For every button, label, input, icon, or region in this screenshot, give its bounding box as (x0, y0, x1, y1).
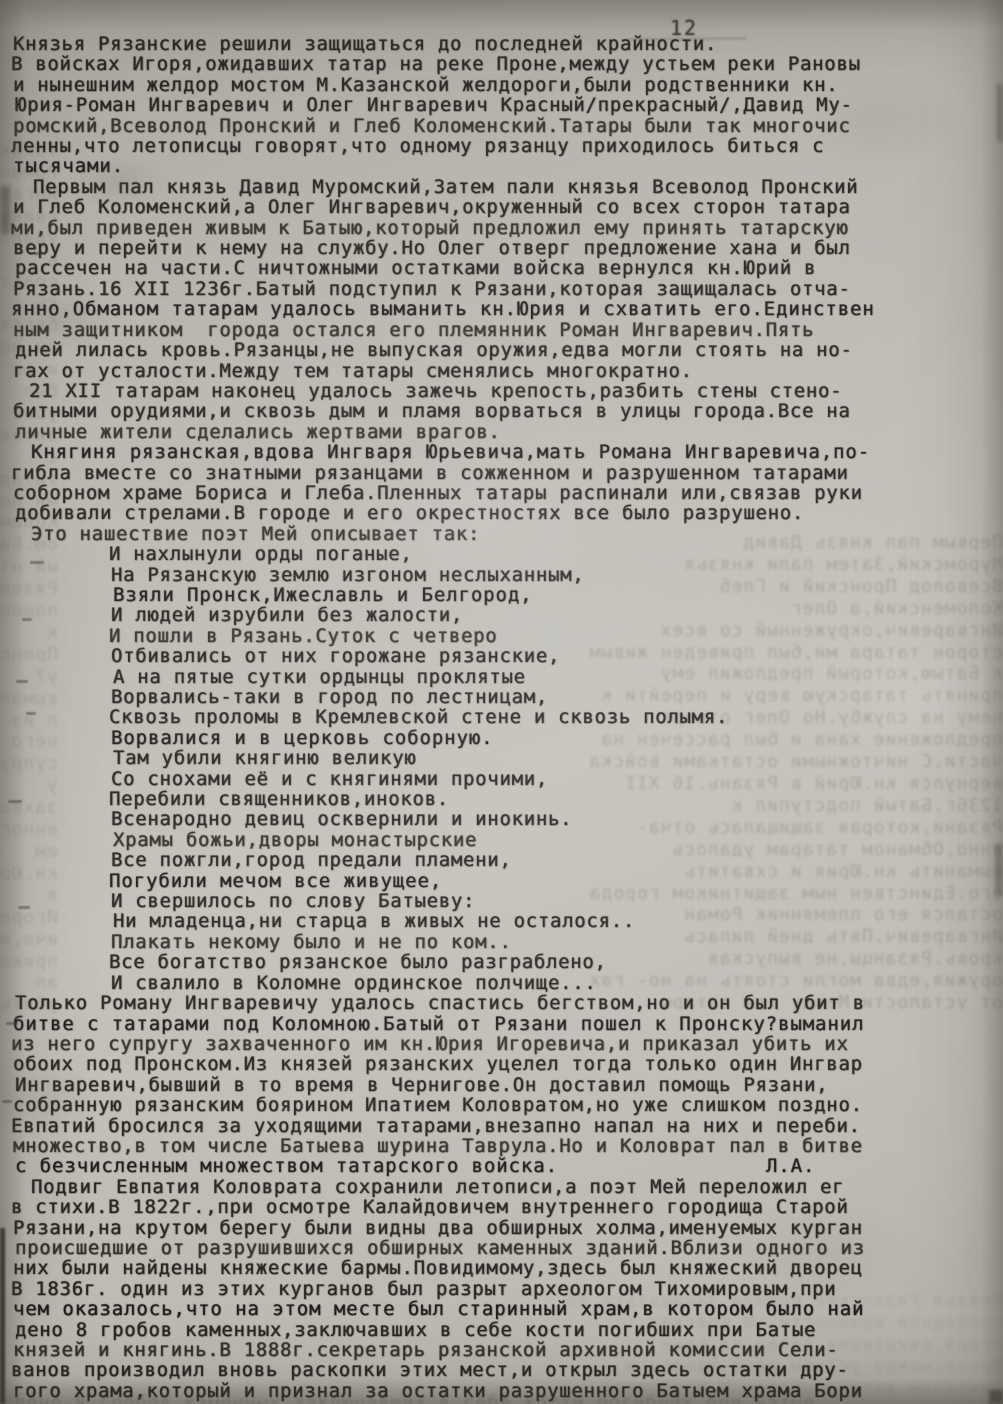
text-line: ленны,что летописцы говорят,что одному р… (11, 136, 961, 156)
text-line: них были найдены княжеские бармы.Повидим… (13, 1258, 963, 1278)
text-line: янно,Обманом татарам удалось выманить кн… (11, 299, 961, 319)
text-line: тысячами. (13, 156, 963, 176)
text-line: гах от усталости.Между тем татары сменял… (13, 361, 963, 381)
poem-line: И свалило в Коломне ординское полчище... (111, 973, 963, 993)
text-line: веру и перейти к нему на службу.Но Олег … (13, 238, 963, 258)
text-line: Рязани,на крутом берегу были видны два о… (13, 1218, 963, 1238)
text-line: Только Роману Ингваревичу удалось спасти… (15, 993, 965, 1013)
poem-line: На Рязанскую землю изгоном неслыханным, (111, 565, 963, 585)
text-line: соборном храме Бориса и Глеба.Пленных та… (13, 483, 963, 503)
poem-line: А на пятые сутки ордынцы проклятые (113, 667, 965, 687)
poem-line: Ворвалися и в церковь соборную. (111, 728, 963, 748)
text-line: дней лилась кровь.Рязанцы,не выпуская ор… (15, 340, 965, 360)
margin-dash (26, 712, 36, 715)
text-line: Евпатий бросился за уходящими татарами,в… (11, 1116, 961, 1136)
poem-line: И свершилось по слову Батыеву: (111, 891, 963, 911)
poem-line: Со снохами её и с княгинями прочими, (111, 769, 963, 789)
text-line: с безчисленным множеством татарского вой… (15, 1156, 965, 1176)
margin-dash (6, 1022, 18, 1025)
text-line: происшедшие от разрушившихся обширных ка… (15, 1238, 965, 1258)
text-line: добивали стрелами.В городе и его окрестн… (15, 503, 965, 523)
margin-dash (30, 561, 44, 564)
text-line: рассечен на части.С ничтожными остатками… (15, 258, 965, 278)
text-line: чем оказалось,что на этом месте был стар… (13, 1299, 963, 1319)
scan-edge-mark (989, 1390, 1003, 1404)
margin-dash (22, 618, 32, 621)
poem-line: Все богатство рязанское было разграблено… (109, 952, 961, 972)
poem-line: Отбивались от них горожане рязанские, (111, 646, 963, 666)
text-line: Ингваревич,бывший в то время в Чернигове… (15, 1075, 965, 1095)
text-line: в стихи.В 1822г.,при осмотре Калайдовиче… (11, 1197, 961, 1217)
text-line: В войсках Игоря,ожидавших татар на реке … (11, 54, 961, 74)
text-line: Князья Рязанские решили защищаться до по… (13, 34, 963, 54)
text-line: Первым пал князь Давид Муромский,Затем п… (33, 177, 965, 197)
poem-line: И пошли в Рязань.Суток с четверо (109, 626, 961, 646)
poem-line: Все пожгли,город предали пламени, (111, 850, 963, 870)
poem-line: Сквозь проломы в Кремлевской стене и скв… (109, 707, 961, 727)
text-line: князей и княгинь.В 1888г.секретарь рязан… (13, 1340, 963, 1360)
text-line: Княгиня рязанская,вдова Ингваря Юрьевича… (31, 442, 963, 462)
text-line: 21 XII татарам наконец удалось зажечь кр… (29, 381, 961, 401)
text-line: гибла вместе со знатными рязанцами в сож… (11, 463, 961, 483)
scan-edge-mark (995, 844, 1003, 896)
text-line: Юрия-Роман Ингваревич и Олег Ингваревич … (15, 95, 965, 115)
margin-dash (34, 252, 42, 255)
text-line: личные жители сделались жертвами врагов. (15, 422, 965, 442)
text-line: битными орудиями,и сквозь дым и пламя во… (13, 401, 963, 421)
poem-line: Плакать некому было и не по ком.. (111, 932, 963, 952)
text-line: из него супругу захваченного им кн.Юрия … (11, 1034, 961, 1054)
author-initials: Л.А. (558, 1155, 815, 1177)
margin-dash (8, 800, 22, 803)
margin-dash (18, 906, 30, 909)
poem-line: Погубили мечом все живущее, (109, 871, 961, 891)
text-line: ромский,Всеволод Пронский и Глеб Коломен… (13, 116, 963, 136)
poem-line: Храмы божьи,дворы монастырские (113, 830, 965, 850)
poem-line: И людей изрубили без жалости, (111, 605, 963, 625)
text-line: и нынешним желдор мостом М.Казанской жел… (13, 75, 963, 95)
text-line: гого храма,который и признал за остатки … (13, 1381, 963, 1401)
poem-line: Ворвались-таки в город по лестницам, (111, 687, 963, 707)
poem-line: Там убили княгиню великую (113, 748, 965, 768)
poem-line: И нахлынули орды поганые, (109, 544, 961, 564)
text-line: собранную рязанским боярином Ипатием Кол… (13, 1095, 963, 1115)
text-line: множество,в том числе Батыева шурина Тав… (13, 1136, 963, 1156)
text-line: Это нашествие поэт Мей описывает так: (31, 524, 963, 544)
poem-line: Взяли Пронск,Ижеславль и Белгород, (113, 585, 965, 605)
margin-dash (16, 680, 28, 683)
text-body: Князья Рязанские решили защищаться до по… (13, 34, 963, 1401)
text-line: обоих под Пронском.Из князей рязанских у… (13, 1054, 963, 1074)
text-line: и Глеб Коломенский,а Олег Ингваревич,окр… (13, 197, 963, 217)
scan-edge-mark (0, 186, 10, 234)
text-line: Рязань.16 XII 1236г.Батый подступил к Ря… (13, 279, 963, 299)
poem-line: Всенародно девиц осквернили и инокинь. (111, 809, 963, 829)
text-line: ванов производил вновь раскопки этих мес… (11, 1360, 961, 1380)
margin-dash (2, 1100, 12, 1103)
scanned-page: 12 Первым пал князь Давид Муромский,Зате… (0, 0, 1003, 1404)
text-line: ным защитником города остался его племян… (13, 320, 963, 340)
text-line: ми,был приведен живым к Батыю,который пр… (11, 218, 961, 238)
scan-edge-mark (997, 84, 1003, 142)
text-line: битве с татарами под Коломною.Батый от Р… (13, 1014, 963, 1034)
text-line: В 1836г. один из этих курганов был разры… (11, 1279, 961, 1299)
poem-line: Ни младенца,ни старца в живых не осталос… (113, 911, 965, 931)
scan-edge-mark (0, 1228, 5, 1404)
poem-line: Перебили священников,иноков. (109, 789, 961, 809)
text-line: дено 8 гробов каменных,заключавших в себ… (15, 1320, 965, 1340)
text-line: Подвиг Евпатия Коловрата сохранили летоп… (31, 1177, 963, 1197)
